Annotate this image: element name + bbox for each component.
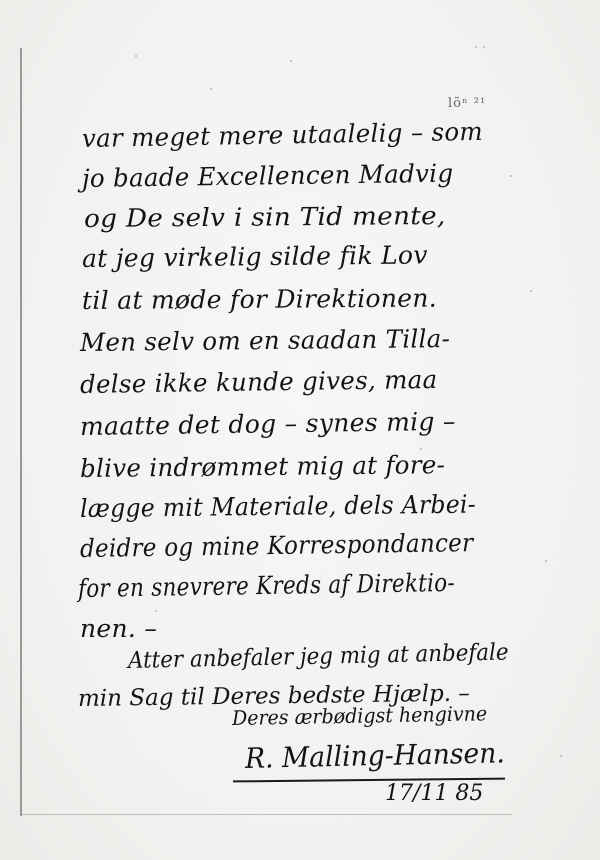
letter-line-6: Men selv om en saadan Tilla- xyxy=(80,324,450,357)
letter-line-9: blive indrømmet mig at fore- xyxy=(80,450,445,483)
scan-speck xyxy=(510,175,512,177)
letter-line-13: nen. – xyxy=(80,614,157,643)
letter-line-8: maatte det dog – synes mig – xyxy=(80,407,456,441)
corner-annotation: lõⁿ ²¹ xyxy=(448,96,486,111)
letter-line-7: delse ikke kunde gives, maa xyxy=(80,365,438,399)
letter-line-12: for en snevrere Kreds af Direktio- xyxy=(78,568,455,603)
scan-speck xyxy=(290,60,292,62)
letter-line-11: deidre og mine Korrespondancer xyxy=(80,528,474,563)
letter-line-5: til at møde for Direktionen. xyxy=(82,284,437,315)
scan-speck xyxy=(530,290,532,292)
signature: R. Malling-Hansen. xyxy=(245,736,505,775)
letter-line-1: var meget mere utaalelig – som xyxy=(82,117,483,153)
scan-speck xyxy=(483,46,485,48)
letter-line-2: jo baade Excellencen Madvig xyxy=(82,159,454,193)
scan-speck xyxy=(475,46,477,48)
letter-line-10: lægge mit Materiale, dels Arbei- xyxy=(80,490,476,523)
page-left-border xyxy=(20,48,22,816)
page-bottom-border xyxy=(20,814,512,815)
scan-speck xyxy=(210,88,212,90)
scan-speck xyxy=(155,610,157,612)
scanned-letter-page: lõⁿ ²¹ var meget mere utaalelig – som jo… xyxy=(0,0,600,860)
closing-line-1: Atter anbefaler jeg mig at anbefale xyxy=(128,639,509,674)
letter-date: 17/11 85 xyxy=(385,781,483,806)
scan-speck xyxy=(420,448,422,450)
scan-speck xyxy=(545,560,547,562)
letter-line-3: og De selv i sin Tid mente, xyxy=(84,201,446,233)
salutation: Deres ærbødigst hengivne xyxy=(232,701,488,730)
letter-line-4: at jeg virkelig silde fik Lov xyxy=(82,240,428,273)
scan-speck xyxy=(135,55,137,57)
scan-speck xyxy=(560,755,562,757)
